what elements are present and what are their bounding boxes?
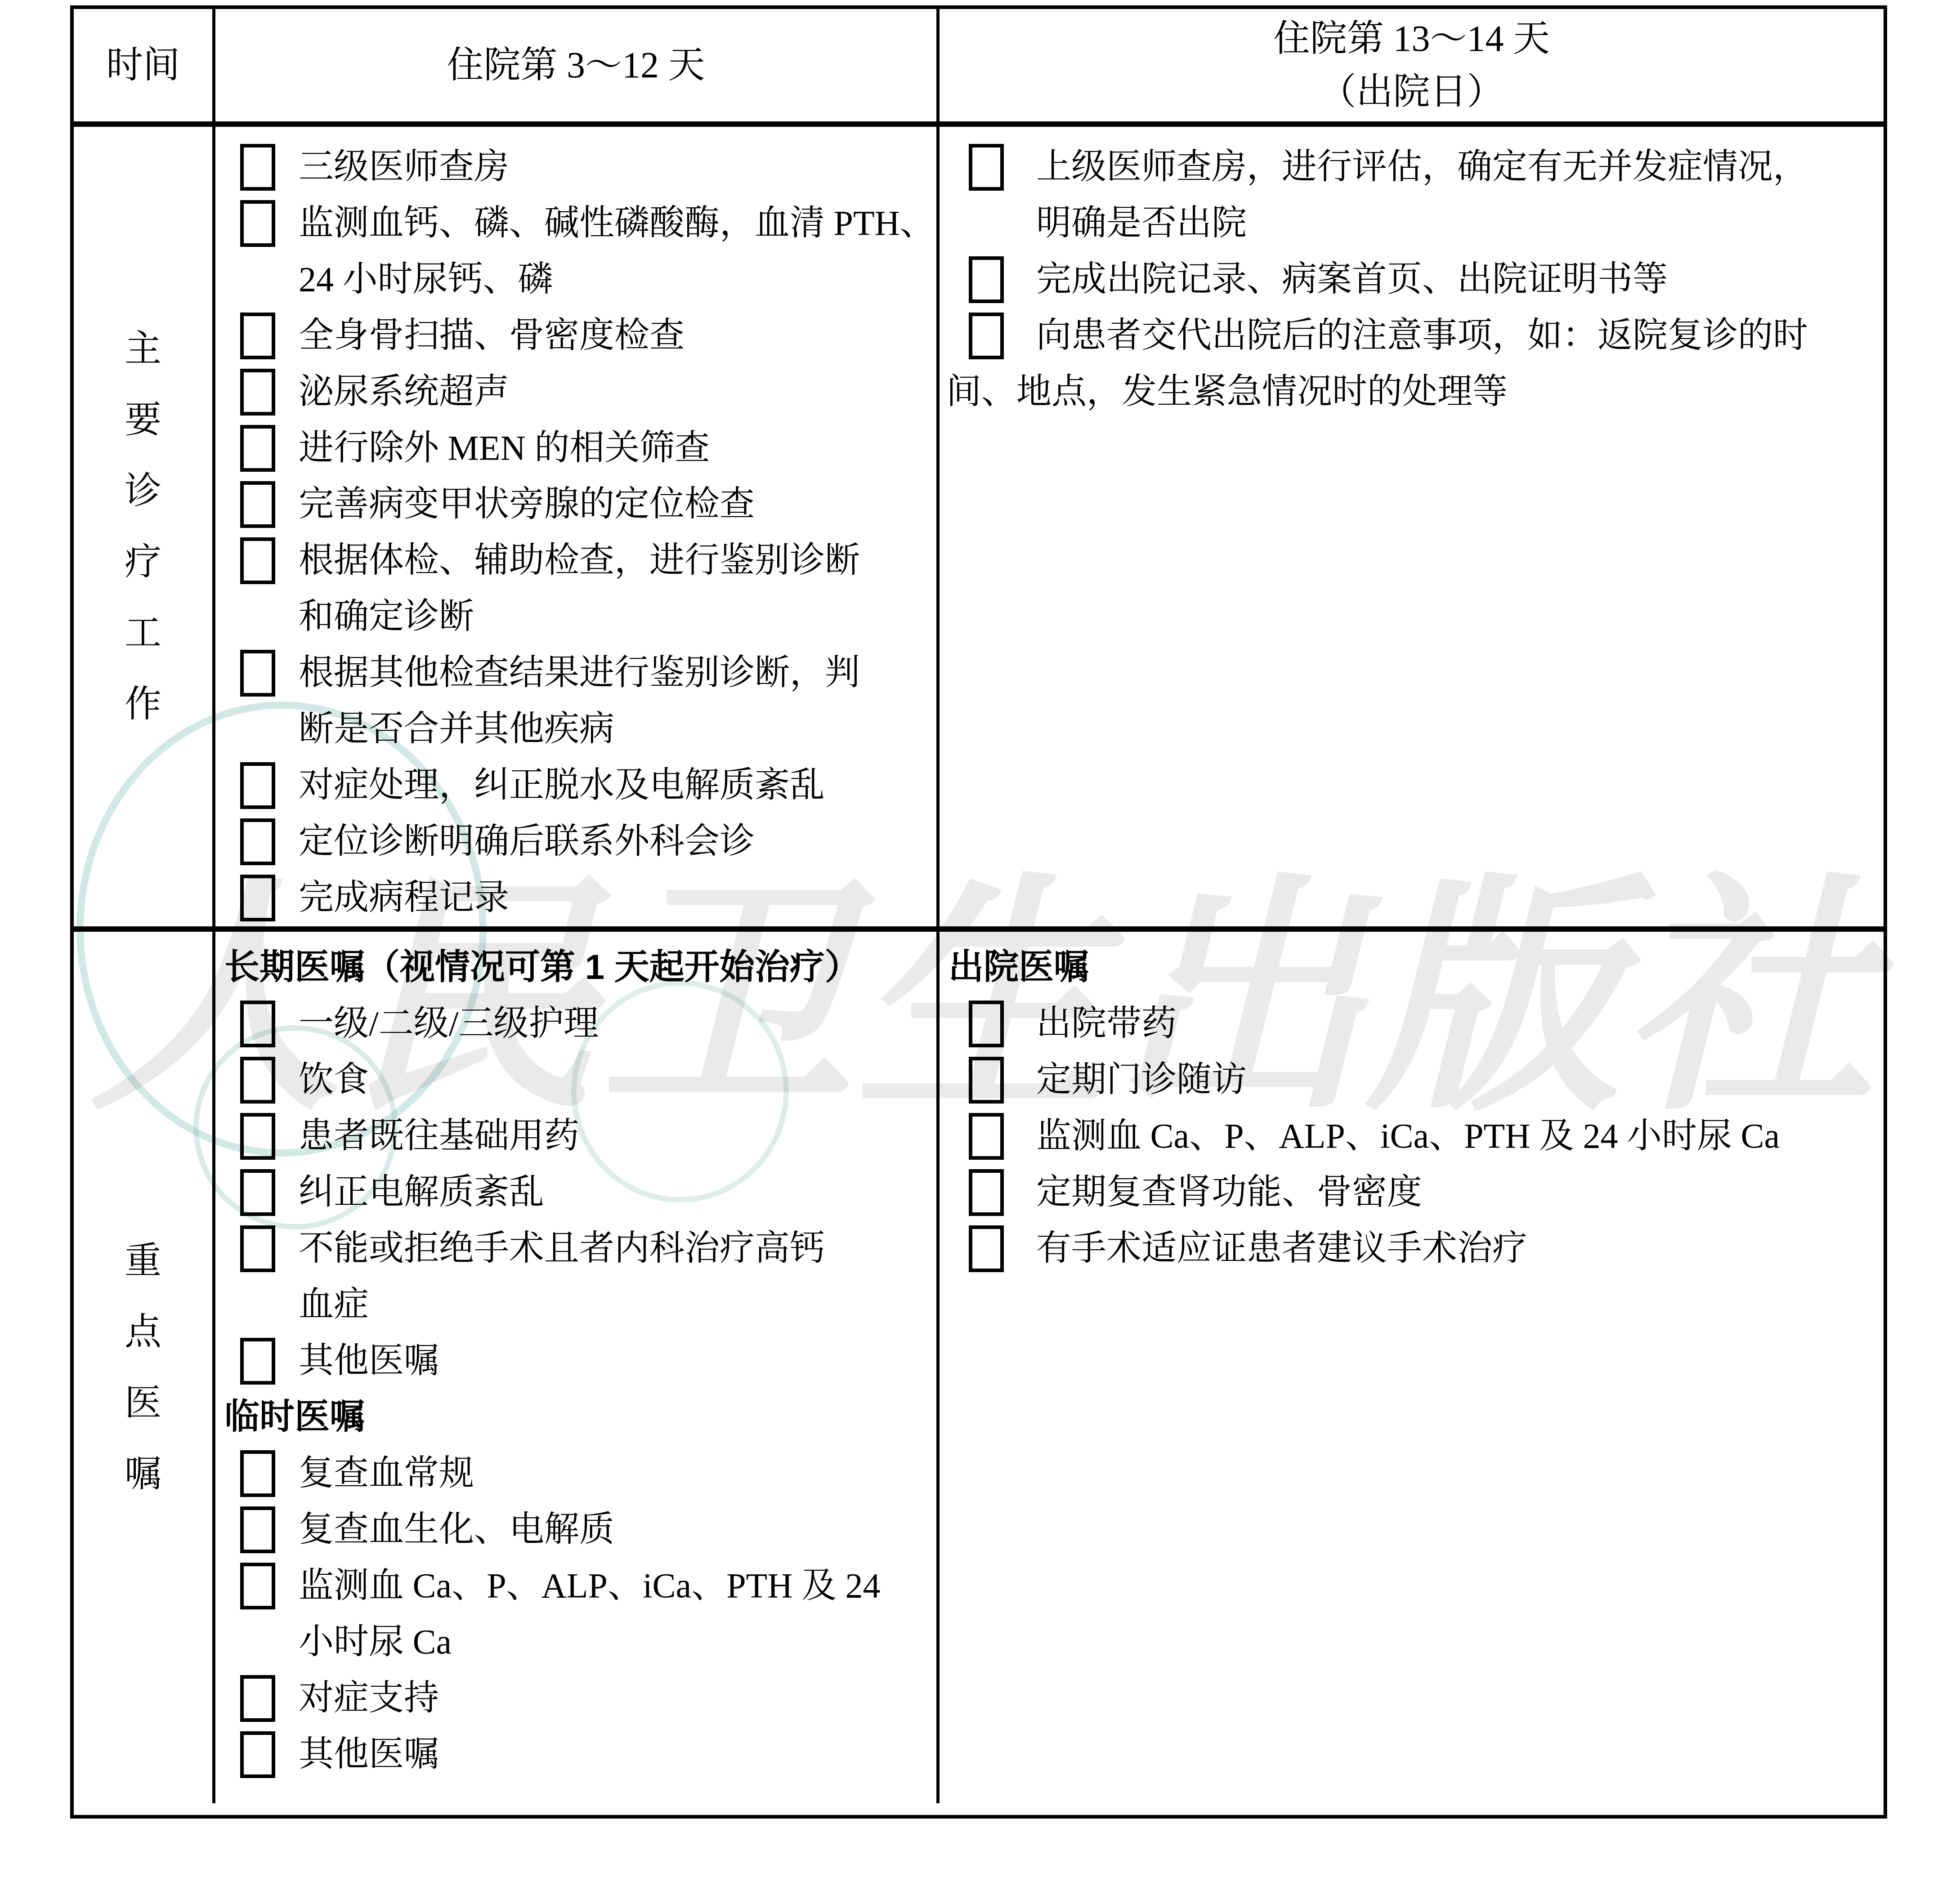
item-text: 小时尿 Ca: [299, 1622, 452, 1661]
item-text: 泌尿系统超声: [299, 372, 509, 411]
checklist-item-continuation: 明确是否出院: [940, 195, 1884, 251]
item-text: 和确定诊断: [299, 597, 474, 636]
item-text: 完成出院记录、病案首页、出院证明书等: [1036, 259, 1668, 299]
checkbox-icon[interactable]: [969, 313, 1004, 359]
checklist-item: 不能或拒绝手术且者内科治疗高钙: [215, 1220, 936, 1276]
item-text: 对症支持: [299, 1678, 439, 1717]
order-group-header: 出院医嘱: [940, 939, 1884, 995]
checkbox-icon[interactable]: [240, 1731, 275, 1778]
item-text: 24 小时尿钙、磷: [299, 259, 553, 299]
item-text: 纠正电解质紊乱: [299, 1172, 544, 1211]
row-label-char: 要: [125, 384, 161, 456]
item-text: 断是否合并其他疾病: [299, 709, 614, 748]
row-key-orders: 重点医嘱 长期医嘱（视情况可第 1 天起开始治疗）一级/二级/三级护理饮食患者既…: [74, 926, 1884, 1803]
item-text: 出院带药: [1036, 1004, 1177, 1043]
item-text: 其他医嘱: [299, 1341, 439, 1380]
checkbox-icon[interactable]: [240, 537, 275, 584]
checklist-item: 其他医嘱: [215, 1726, 936, 1782]
item-text: 进行除外 MEN 的相关筛查: [299, 428, 710, 467]
item-text: 全身骨扫描、骨密度检查: [299, 316, 685, 355]
checkbox-icon[interactable]: [969, 1225, 1004, 1272]
checklist-item-continuation: 24 小时尿钙、磷: [215, 251, 936, 307]
checklist-item: 三级医师查房: [215, 139, 936, 195]
header-day3-12-label: 住院第 3～12 天: [447, 39, 705, 92]
item-text: 其他医嘱: [299, 1734, 439, 1774]
checklist-item: 上级医师查房，进行评估，确定有无并发症情况，: [940, 139, 1884, 195]
checklist-item: 复查血常规: [215, 1445, 936, 1501]
header-day13-14-label: 住院第 13～14 天: [1273, 12, 1550, 65]
item-text: 明确是否出院: [1036, 203, 1247, 242]
row-label-char: 嘱: [125, 1439, 161, 1510]
checklist-item: 饮食: [215, 1051, 936, 1108]
checklist-item: 监测血 Ca、P、ALP、iCa、PTH 及 24: [215, 1557, 936, 1613]
checklist-item-continuation: 小时尿 Ca: [215, 1613, 936, 1670]
checkbox-icon[interactable]: [969, 1113, 1004, 1160]
item-text: 复查血常规: [299, 1453, 474, 1493]
item-text: 完成病程记录: [299, 878, 509, 917]
checkbox-icon[interactable]: [240, 1113, 275, 1160]
checklist-item-continuation: 断是否合并其他疾病: [215, 701, 936, 757]
checkbox-icon[interactable]: [240, 425, 275, 472]
item-text: 定期复查肾功能、骨密度: [1036, 1172, 1422, 1211]
row-label-char: 工: [125, 598, 161, 669]
checkbox-icon[interactable]: [969, 1169, 1004, 1216]
checkbox-icon[interactable]: [240, 313, 275, 359]
checkbox-icon[interactable]: [240, 1057, 275, 1104]
checklist-item: 完成出院记录、病案首页、出院证明书等: [940, 251, 1884, 307]
checkbox-icon[interactable]: [240, 762, 275, 809]
item-text: 间、地点，发生紧急情况时的处理等: [946, 372, 1508, 411]
checklist-item: 向患者交代出院后的注意事项，如：返院复诊的时: [940, 307, 1884, 363]
row-label-char: 作: [125, 669, 161, 740]
item-text: 监测血钙、磷、碱性磷酸酶，血清 PTH、: [299, 203, 935, 242]
row-label-char: 疗: [125, 527, 161, 598]
checklist-item: 复查血生化、电解质: [215, 1501, 936, 1557]
checklist-item: 对症支持: [215, 1670, 936, 1726]
row-label-char: 重: [125, 1225, 161, 1296]
item-text: 定位诊断明确后联系外科会诊: [299, 822, 755, 861]
row-label-char: 诊: [125, 456, 161, 527]
checklist-item: 进行除外 MEN 的相关筛查: [215, 420, 936, 476]
orders-checklist-day13-14: 出院医嘱出院带药定期门诊随访监测血 Ca、P、ALP、iCa、PTH 及 24 …: [940, 932, 1884, 1803]
checklist-item: 患者既往基础用药: [215, 1108, 936, 1164]
checkbox-icon[interactable]: [240, 1450, 275, 1497]
checkbox-icon[interactable]: [969, 1001, 1004, 1047]
checkbox-icon[interactable]: [240, 875, 275, 921]
checklist-item: 定期复查肾功能、骨密度: [940, 1164, 1884, 1220]
checkbox-icon[interactable]: [240, 1169, 275, 1216]
checklist-item-continuation: 和确定诊断: [215, 588, 936, 644]
item-text: 根据体检、辅助检查，进行鉴别诊断: [299, 541, 860, 580]
checkbox-icon[interactable]: [240, 200, 275, 247]
item-text: 对症处理，纠正脱水及电解质紊乱: [299, 765, 825, 804]
header-discharge-day-label: （出院日）: [1319, 65, 1504, 118]
checklist-item: 根据体检、辅助检查，进行鉴别诊断: [215, 532, 936, 588]
checkbox-icon[interactable]: [240, 1506, 275, 1553]
checkbox-icon[interactable]: [240, 1563, 275, 1609]
item-text: 一级/二级/三级护理: [299, 1004, 599, 1043]
checkbox-icon[interactable]: [240, 818, 275, 865]
diagnosis-checklist-day3-12: 三级医师查房监测血钙、磷、碱性磷酸酶，血清 PTH、24 小时尿钙、磷全身骨扫描…: [215, 127, 940, 926]
checkbox-icon[interactable]: [969, 144, 1004, 191]
item-text: 定期门诊随访: [1036, 1060, 1247, 1099]
order-group-header: 长期医嘱（视情况可第 1 天起开始治疗）: [215, 939, 936, 995]
item-text: 患者既往基础用药: [299, 1116, 579, 1155]
checklist-item: 完善病变甲状旁腺的定位检查: [215, 476, 936, 532]
header-time-label: 时间: [106, 39, 180, 92]
checklist-item-continuation: 血症: [215, 1276, 936, 1332]
checklist-item: 出院带药: [940, 995, 1884, 1051]
checkbox-icon[interactable]: [240, 1225, 275, 1272]
checklist-item: 泌尿系统超声: [215, 363, 936, 420]
row-label-char: 主: [125, 313, 161, 384]
checklist-item: 对症处理，纠正脱水及电解质紊乱: [215, 757, 936, 813]
order-group-header: 临时医嘱: [215, 1389, 936, 1445]
item-text: 完善病变甲状旁腺的定位检查: [299, 484, 755, 523]
table-header-row: 时间 住院第 3～12 天 住院第 13～14 天 （出院日）: [74, 9, 1884, 121]
checklist-item: 全身骨扫描、骨密度检查: [215, 307, 936, 363]
item-text: 有手术适应证患者建议手术治疗: [1036, 1229, 1527, 1268]
header-cell-time: 时间: [74, 9, 215, 121]
row-label-key-orders: 重点医嘱: [74, 932, 215, 1803]
checkbox-icon[interactable]: [240, 144, 275, 191]
item-text: 不能或拒绝手术且者内科治疗高钙: [299, 1229, 825, 1268]
item-text: 三级医师查房: [299, 147, 509, 186]
checklist-item-continuation: 间、地点，发生紧急情况时的处理等: [940, 363, 1884, 420]
checklist-item: 有手术适应证患者建议手术治疗: [940, 1220, 1884, 1276]
row-label-char: 点: [125, 1296, 161, 1368]
item-text: 上级医师查房，进行评估，确定有无并发症情况，: [1036, 147, 1808, 186]
checkbox-icon[interactable]: [240, 650, 275, 697]
item-text: 监测血 Ca、P、ALP、iCa、PTH 及 24: [299, 1566, 881, 1605]
checklist-item: 根据其他检查结果进行鉴别诊断，判: [215, 644, 936, 701]
header-cell-day13-14: 住院第 13～14 天 （出院日）: [940, 9, 1884, 121]
row-main-diagnosis-work: 主要诊疗工作 三级医师查房监测血钙、磷、碱性磷酸酶，血清 PTH、24 小时尿钙…: [74, 121, 1884, 926]
diagnosis-checklist-day13-14: 上级医师查房，进行评估，确定有无并发症情况，明确是否出院完成出院记录、病案首页、…: [940, 127, 1884, 926]
item-text: 复查血生化、电解质: [299, 1510, 614, 1549]
item-text: 监测血 Ca、P、ALP、iCa、PTH 及 24 小时尿 Ca: [1036, 1116, 1780, 1155]
checkbox-icon[interactable]: [240, 1001, 275, 1047]
checklist-item: 监测血钙、磷、碱性磷酸酶，血清 PTH、: [215, 195, 936, 251]
header-cell-day3-12: 住院第 3～12 天: [215, 9, 940, 121]
item-text: 血症: [299, 1285, 369, 1324]
checkbox-icon[interactable]: [969, 1057, 1004, 1104]
checkbox-icon[interactable]: [240, 1675, 275, 1722]
checklist-item: 纠正电解质紊乱: [215, 1164, 936, 1220]
checkbox-icon[interactable]: [240, 1338, 275, 1385]
row-label-char: 医: [125, 1368, 161, 1439]
checkbox-icon[interactable]: [240, 369, 275, 416]
checkbox-icon[interactable]: [969, 256, 1004, 303]
checklist-item: 定期门诊随访: [940, 1051, 1884, 1108]
checkbox-icon[interactable]: [240, 481, 275, 528]
checklist-item: 其他医嘱: [215, 1332, 936, 1389]
item-text: 向患者交代出院后的注意事项，如：返院复诊的时: [1036, 316, 1808, 355]
checklist-item: 定位诊断明确后联系外科会诊: [215, 813, 936, 869]
item-text: 饮食: [299, 1060, 369, 1099]
row-label-main-diagnosis-work: 主要诊疗工作: [74, 127, 215, 926]
orders-checklist-day3-12: 长期医嘱（视情况可第 1 天起开始治疗）一级/二级/三级护理饮食患者既往基础用药…: [215, 932, 940, 1803]
checklist-item: 监测血 Ca、P、ALP、iCa、PTH 及 24 小时尿 Ca: [940, 1108, 1884, 1164]
clinical-pathway-table: 时间 住院第 3～12 天 住院第 13～14 天 （出院日） 主要诊疗工作 三…: [70, 5, 1887, 1819]
item-text: 根据其他检查结果进行鉴别诊断，判: [299, 653, 860, 692]
checklist-item: 完成病程记录: [215, 869, 936, 925]
checklist-item: 一级/二级/三级护理: [215, 995, 936, 1051]
